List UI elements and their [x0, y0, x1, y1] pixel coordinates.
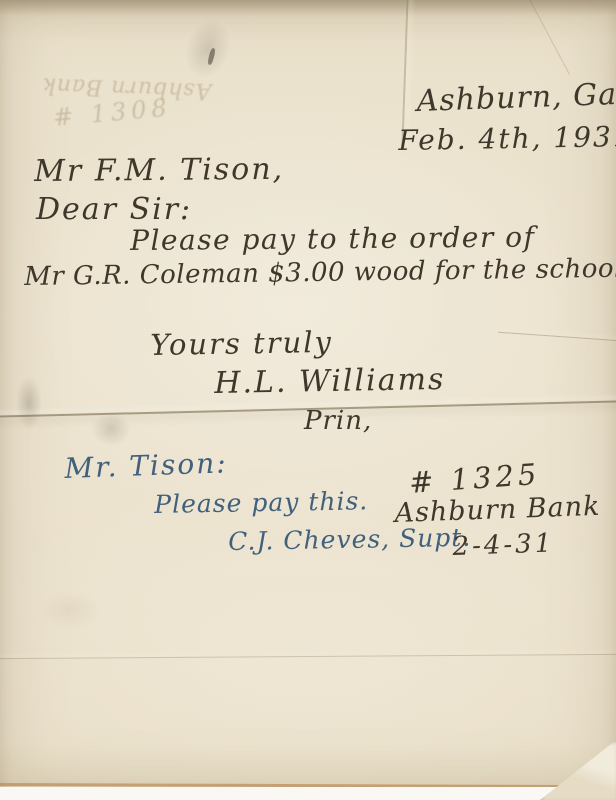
ink-speck-top: [207, 48, 216, 66]
crease-top-right-diagonal: [527, 0, 570, 75]
bank-note-date: 2-4-31: [452, 528, 555, 562]
signature-williams: H.L. Williams: [214, 362, 446, 401]
signature-title: Prin,: [304, 406, 372, 436]
stain-bottom-left: [40, 590, 100, 630]
crease-top-edge: [0, 0, 616, 16]
crease-right-mid: [498, 332, 616, 342]
ghost-number-text: # 1308: [52, 94, 173, 132]
salutation-greeting: Dear Sir:: [36, 192, 192, 227]
heading-place: Ashburn, Ga.: [416, 77, 616, 119]
smudge-below-fold: [92, 412, 130, 446]
letter-scan: Ashburn Bank # 1308 Ashburn, Ga. Feb. 4t…: [0, 0, 616, 800]
endorsement-instruction: Please pay this.: [154, 486, 368, 519]
body-line-1: Please pay to the order of: [130, 220, 536, 257]
endorsement-signature: C.J. Cheves, Supt.: [228, 523, 472, 556]
paper-bottom-edge-line: [0, 783, 570, 788]
crease-lower: [0, 654, 616, 659]
heading-date: Feb. 4th, 1931: [398, 120, 616, 157]
scanner-bottom-strip: [0, 787, 616, 800]
closing-valediction: Yours truly: [150, 325, 333, 362]
body-line-2: Mr G.R. Coleman $3.00 wood for the schoo…: [24, 254, 616, 292]
folded-corner-bottom-right: [540, 740, 616, 800]
bank-note-name: Ashburn Bank: [394, 491, 601, 529]
smudge-top-center: [177, 13, 238, 86]
endorsement-recipient: Mr. Tison:: [64, 446, 228, 485]
smudge-left-fold: [16, 376, 42, 430]
salutation-recipient: Mr F.M. Tison,: [34, 152, 284, 189]
